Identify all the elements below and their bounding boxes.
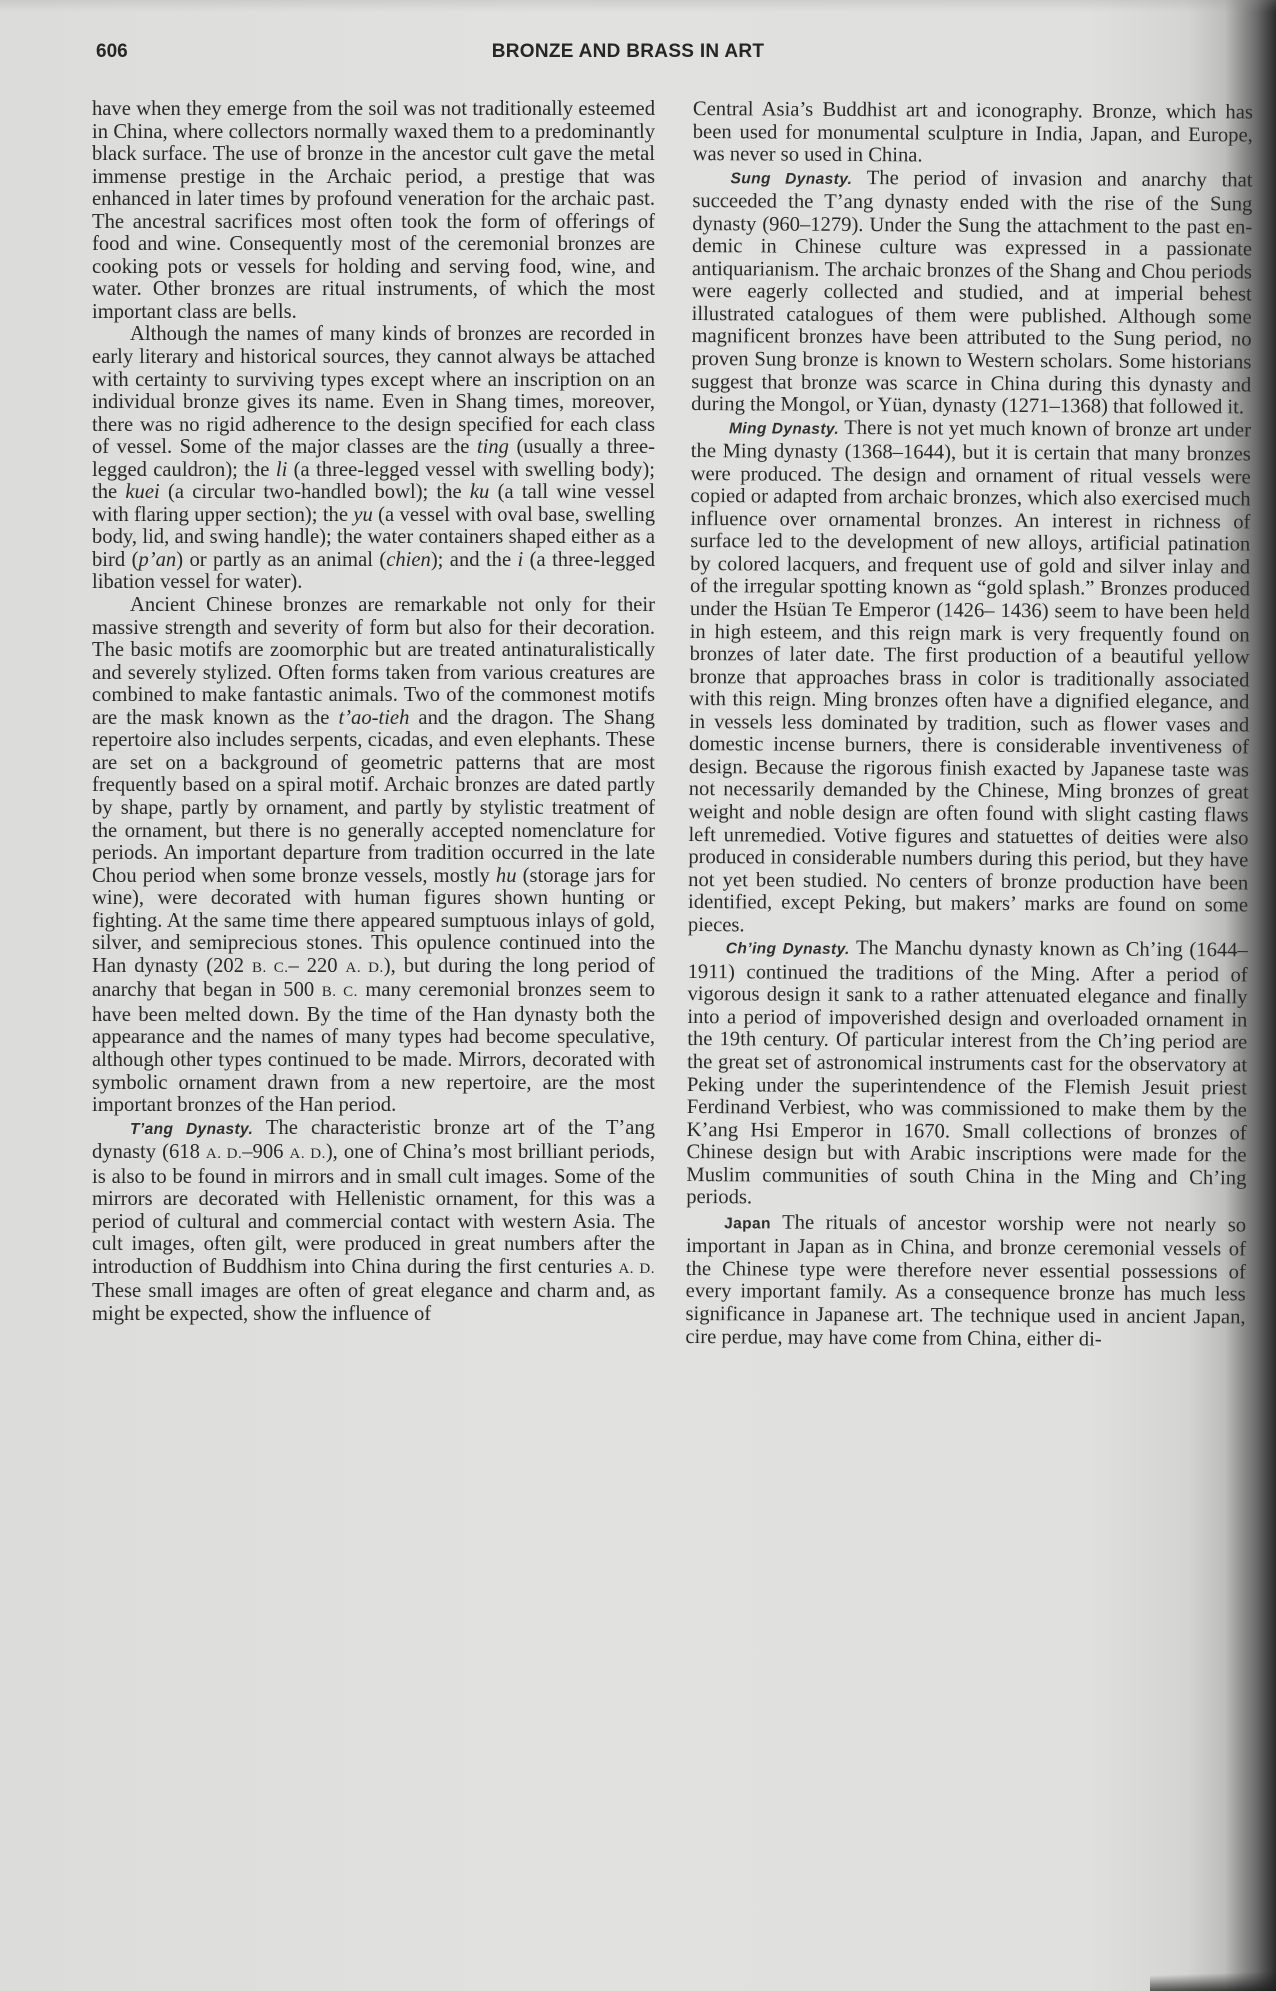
paragraph-sung-dynasty: Sung Dynasty. The period of invasion and… [691,166,1253,419]
era-ad: A. D. [618,1261,655,1277]
text: ) or partly as an animal ( [176,549,386,571]
running-head: 606 BRONZE AND BRASS IN ART [96,41,1216,71]
paragraph-ching-dynasty: Ch’ing Dynasty. The Manchu dynasty known… [686,936,1248,1212]
term-kuei: kuei [125,481,159,503]
term-taotieh: t’ao-tieh [338,707,409,729]
era-bc: B. C. [252,960,289,976]
text: (a circular two-handled bowl); the [160,481,470,503]
term-ting: ting [477,436,509,458]
paragraph-ming-dynasty: Ming Dynasty. There is not yet much know… [688,416,1251,940]
text: – 220 [288,955,345,977]
text: ); and the [431,549,518,571]
term-yu: yu [353,504,372,526]
paragraph-japan: Japan The rituals of ancestor worship we… [685,1211,1246,1352]
term-chien: chien [386,549,431,571]
era-ad: A. D. [290,1146,326,1162]
right-column: Central Asia’s Buddhist art and iconogra… [685,98,1253,1351]
section-heading-japan: Japan [724,1215,771,1232]
paragraph-continuation: have when they emerge from the soil was … [92,98,655,323]
running-title: BRONZE AND BRASS IN ART [96,41,1160,63]
text: The Manchu dynasty known as Ch’ing (1644… [686,937,1248,1208]
term-li: li [276,459,287,481]
paragraph-vessel-classes: Although the names of many kinds of bron… [92,323,655,594]
paragraph-tang-dynasty: T’ang Dynasty. The characteristic bronze… [92,1117,655,1326]
term-hu: hu [496,865,517,887]
term-pan: p’an [138,549,176,571]
text: The period of invasion and anarchy that … [691,167,1252,419]
era-ad: A. D. [206,1146,242,1162]
text: These small images are often of great el… [92,1280,655,1325]
section-heading-sung: Sung Dynasty. [730,170,852,188]
section-heading-tang: T’ang Dynasty. [130,1121,253,1138]
paragraph-decoration: Ancient Chinese bronzes are remarkable n… [92,594,655,1117]
era-ad: A. D. [346,960,384,976]
era-bc: B. C. [322,984,358,1000]
left-column: have when they emerge from the soil was … [92,98,655,1326]
book-page: 606 BRONZE AND BRASS IN ART have when th… [0,0,1276,1991]
term-ku: ku [470,481,489,503]
section-heading-ming: Ming Dynasty. [729,420,839,438]
text: and the dragon. The Shang repertoire als… [92,707,655,887]
paragraph-continuation: Central Asia’s Buddhist art and iconogra… [693,98,1253,169]
section-heading-ching: Ch’ing Dynasty. [726,940,850,958]
text: –906 [242,1141,289,1163]
text: There is not yet much known of bronze ar… [688,417,1251,936]
